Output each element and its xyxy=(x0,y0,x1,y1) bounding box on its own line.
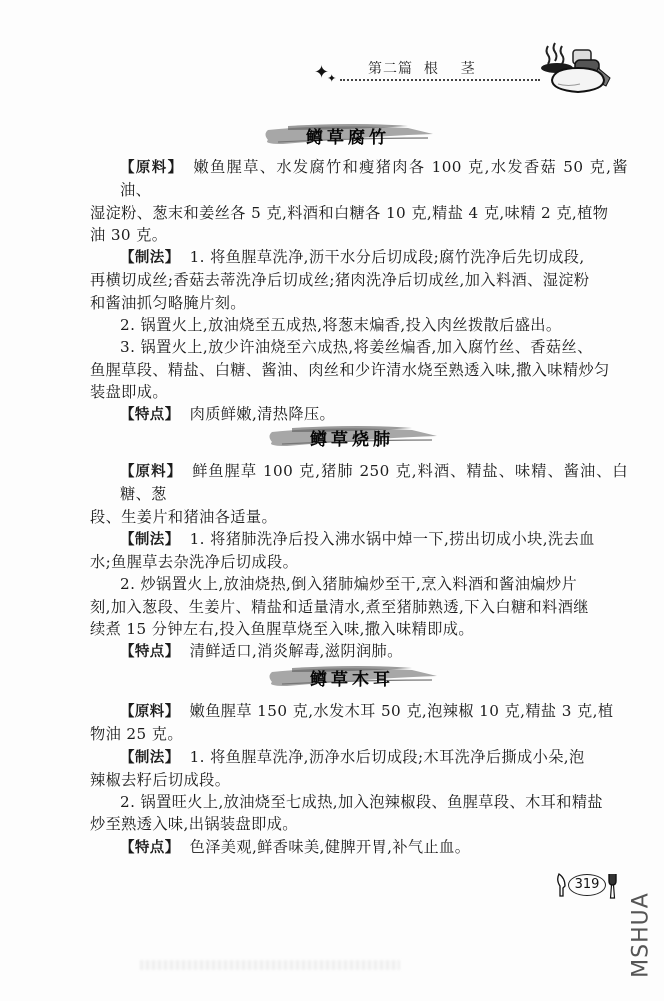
watermark: MSHUA xyxy=(626,880,656,990)
text-line: 嫩鱼腥草、水发腐竹和瘦猪肉各 100 克,水发香菇 50 克,酱油、 xyxy=(120,158,628,199)
method-step: 3. 锅置火上,放少许油烧至六成热,将姜丝煸香,加入腐竹丝、香菇丝、 xyxy=(90,336,628,358)
ingredients-label: 【原料】 xyxy=(120,704,180,720)
text-line: 油 30 克。 xyxy=(90,224,628,246)
text-line: 装盘即成。 xyxy=(90,381,628,403)
text-line: 和酱油抓匀略腌片刻。 xyxy=(90,292,628,314)
method-label: 【制法】 xyxy=(120,750,180,766)
text-line: 续煮 15 分钟左右,投入鱼腥草烧至入味,撒入味精即成。 xyxy=(90,618,628,640)
knife-icon xyxy=(556,872,568,898)
feature-label: 【特点】 xyxy=(120,840,180,856)
feature-text: 清鲜适口,消炎解毒,滋阴润肺。 xyxy=(190,642,403,660)
recipe-title-1: 鳟草腐竹 xyxy=(258,118,438,152)
ingredients-paragraph: 【原料】嫩鱼腥草、水发腐竹和瘦猪肉各 100 克,水发香菇 50 克,酱油、 xyxy=(90,156,628,202)
recipe-title-text: 鳟草木耳 xyxy=(262,665,442,690)
text-line: 1. 将鱼腥草洗净,沥净水后切成段;木耳洗净后撕成小朵,泡 xyxy=(190,748,585,766)
text-line: 1. 将猪肺洗净后投入沸水锅中焯一下,捞出切成小块,洗去血 xyxy=(190,530,595,548)
text-line: 鲜鱼腥草 100 克,猪肺 250 克,料酒、精盐、味精、酱油、白糖、葱 xyxy=(120,462,628,503)
feature-text: 色泽美观,鲜香味美,健脾开胃,补气止血。 xyxy=(190,838,471,856)
text-line: 1. 将鱼腥草洗净,沥干水分后切成段;腐竹洗净后先切成段, xyxy=(190,248,585,266)
method-paragraph: 【制法】1. 将鱼腥草洗净,沥净水后切成段;木耳洗净后撕成小朵,泡 xyxy=(90,746,628,769)
text-line: 炒至熟透入味,出锅装盘即成。 xyxy=(90,813,628,835)
book-page: ✦✦ 第二篇 根 茎 鳟草腐竹 【原料】嫩鱼腥草、水发腐竹和瘦猪肉各 100 克… xyxy=(0,0,664,1001)
feature-label: 【特点】 xyxy=(120,644,180,660)
recipe-body-2: 【原料】鲜鱼腥草 100 克,猪肺 250 克,料酒、精盐、味精、酱油、白糖、葱… xyxy=(90,460,628,664)
recipe-title-text: 鳟草烧肺 xyxy=(262,425,442,450)
running-header: ✦✦ 第二篇 根 茎 xyxy=(310,52,540,86)
method-step: 2. 锅置火上,放油烧至五成热,将葱末煸香,投入肉丝拨散后盛出。 xyxy=(90,314,628,336)
ingredients-label: 【原料】 xyxy=(120,160,184,176)
ingredients-label: 【原料】 xyxy=(120,464,182,480)
recipe-body-3: 【原料】嫩鱼腥草 150 克,水发木耳 50 克,泡辣椒 10 克,精盐 3 克… xyxy=(90,700,628,859)
text-line: 鱼腥草段、精盐、白糖、酱油、肉丝和少许清水烧至熟透入味,撒入味精炒匀 xyxy=(90,359,628,381)
dotted-rule xyxy=(340,79,540,81)
text-line: 刻,加入葱段、生姜片、精盐和适量清水,煮至猪肺熟透,下入白糖和料酒继 xyxy=(90,596,628,618)
sparkle-icon: ✦✦ xyxy=(314,64,338,82)
text-line: 段、生姜片和猪油各适量。 xyxy=(90,506,628,528)
method-label: 【制法】 xyxy=(120,532,180,548)
text-line: 再横切成丝;香菇去蒂洗净后切成丝;猪肉洗净后切成丝,加入料酒、湿淀粉 xyxy=(90,269,628,291)
method-label: 【制法】 xyxy=(120,250,180,266)
print-bleed-through xyxy=(140,960,400,970)
recipe-title-text: 鳟草腐竹 xyxy=(258,123,438,148)
text-line: 物油 25 克。 xyxy=(90,723,628,745)
fork-icon xyxy=(607,872,618,900)
method-step: 2. 锅置旺火上,放油烧至七成热,加入泡辣椒段、鱼腥草段、木耳和精盐 xyxy=(90,791,628,813)
page-number-badge: 319 xyxy=(556,872,618,900)
ingredients-paragraph: 【原料】嫩鱼腥草 150 克,水发木耳 50 克,泡辣椒 10 克,精盐 3 克… xyxy=(90,700,628,723)
recipe-title-3: 鳟草木耳 xyxy=(262,660,442,694)
feature-paragraph: 【特点】色泽美观,鲜香味美,健脾开胃,补气止血。 xyxy=(90,836,628,859)
ingredients-paragraph: 【原料】鲜鱼腥草 100 克,猪肺 250 克,料酒、精盐、味精、酱油、白糖、葱 xyxy=(90,460,628,506)
recipe-title-2: 鳟草烧肺 xyxy=(262,420,442,454)
method-paragraph: 【制法】1. 将鱼腥草洗净,沥干水分后切成段;腐竹洗净后先切成段, xyxy=(90,246,628,269)
text-line: 嫩鱼腥草 150 克,水发木耳 50 克,泡辣椒 10 克,精盐 3 克,植 xyxy=(190,702,614,720)
section-title: 第二篇 根 茎 xyxy=(368,58,476,78)
page-number: 319 xyxy=(568,874,606,896)
chef-cooking-icon xyxy=(540,40,618,102)
text-line: 辣椒去籽后切成段。 xyxy=(90,769,628,791)
watermark-text: MSHUA xyxy=(629,892,654,978)
feature-label: 【特点】 xyxy=(120,407,180,423)
recipe-body-1: 【原料】嫩鱼腥草、水发腐竹和瘦猪肉各 100 克,水发香菇 50 克,酱油、 湿… xyxy=(90,156,628,427)
text-line: 湿淀粉、葱末和姜丝各 5 克,料酒和白糖各 10 克,精盐 4 克,味精 2 克… xyxy=(90,202,628,224)
method-step: 2. 炒锅置火上,放油烧热,倒入猪肺煸炒至干,烹入料酒和酱油煸炒片 xyxy=(90,573,628,595)
method-paragraph: 【制法】1. 将猪肺洗净后投入沸水锅中焯一下,捞出切成小块,洗去血 xyxy=(90,528,628,551)
text-line: 水;鱼腥草去杂洗净后切成段。 xyxy=(90,551,628,573)
